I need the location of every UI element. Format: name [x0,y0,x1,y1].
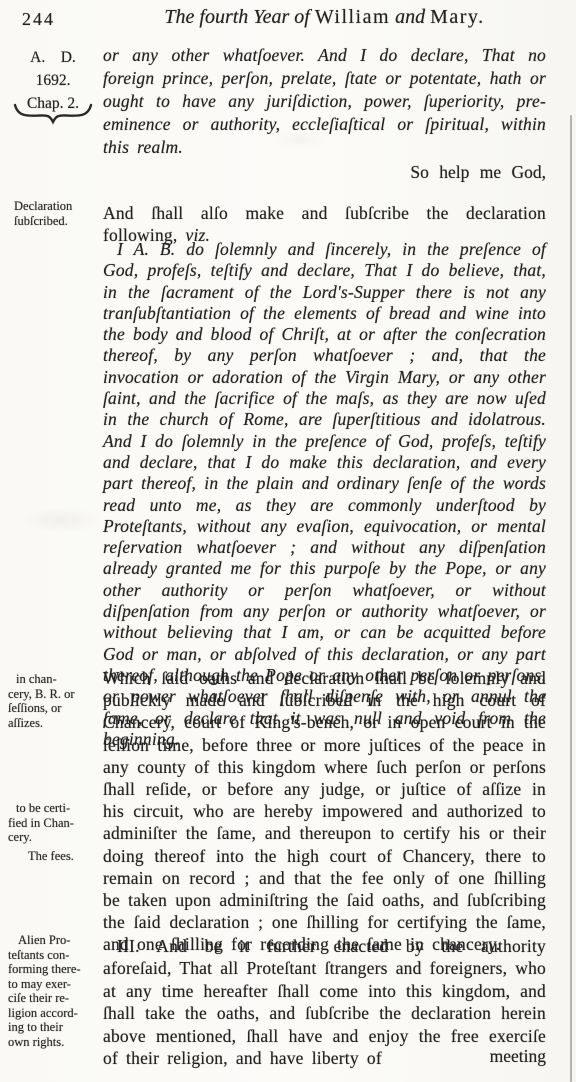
so-help-me-god-line: So help me God, [103,162,554,183]
running-title-mary: Mary. [430,6,485,28]
margin-note-alien-protestants: Alien Pro- teſtants con- forming there- … [8,933,98,1049]
catchword: meeting [103,1046,550,1067]
running-title-pre: The fourth Year of [164,6,314,28]
margin-note-certified-chancery: to be certi- fied in Chan- cery. [8,801,98,845]
oath-paragraph-end: or any other whatſoever. And I do declar… [103,44,546,159]
statute-book-page: 244 The fourth Year of William and Mary.… [0,0,576,1082]
page-edge-line [570,115,572,1082]
page-number: 244 [22,9,55,30]
running-title: The fourth Year of William and Mary. [103,6,546,29]
chapter-brace [12,102,94,126]
margin-note-in-chancery: in chan- cery, B. R. or ſeſſions, or aſſ… [8,672,98,730]
margin-note-declaration-subscribed: Declaration ſubſcribed. [14,199,104,228]
running-title-and: and [390,6,430,28]
running-title-william: William [315,6,390,28]
margin-note-fees: The fees. [28,849,118,864]
section-ii-paragraph: Which ſaid oaths and declaration ſhall b… [103,667,546,956]
